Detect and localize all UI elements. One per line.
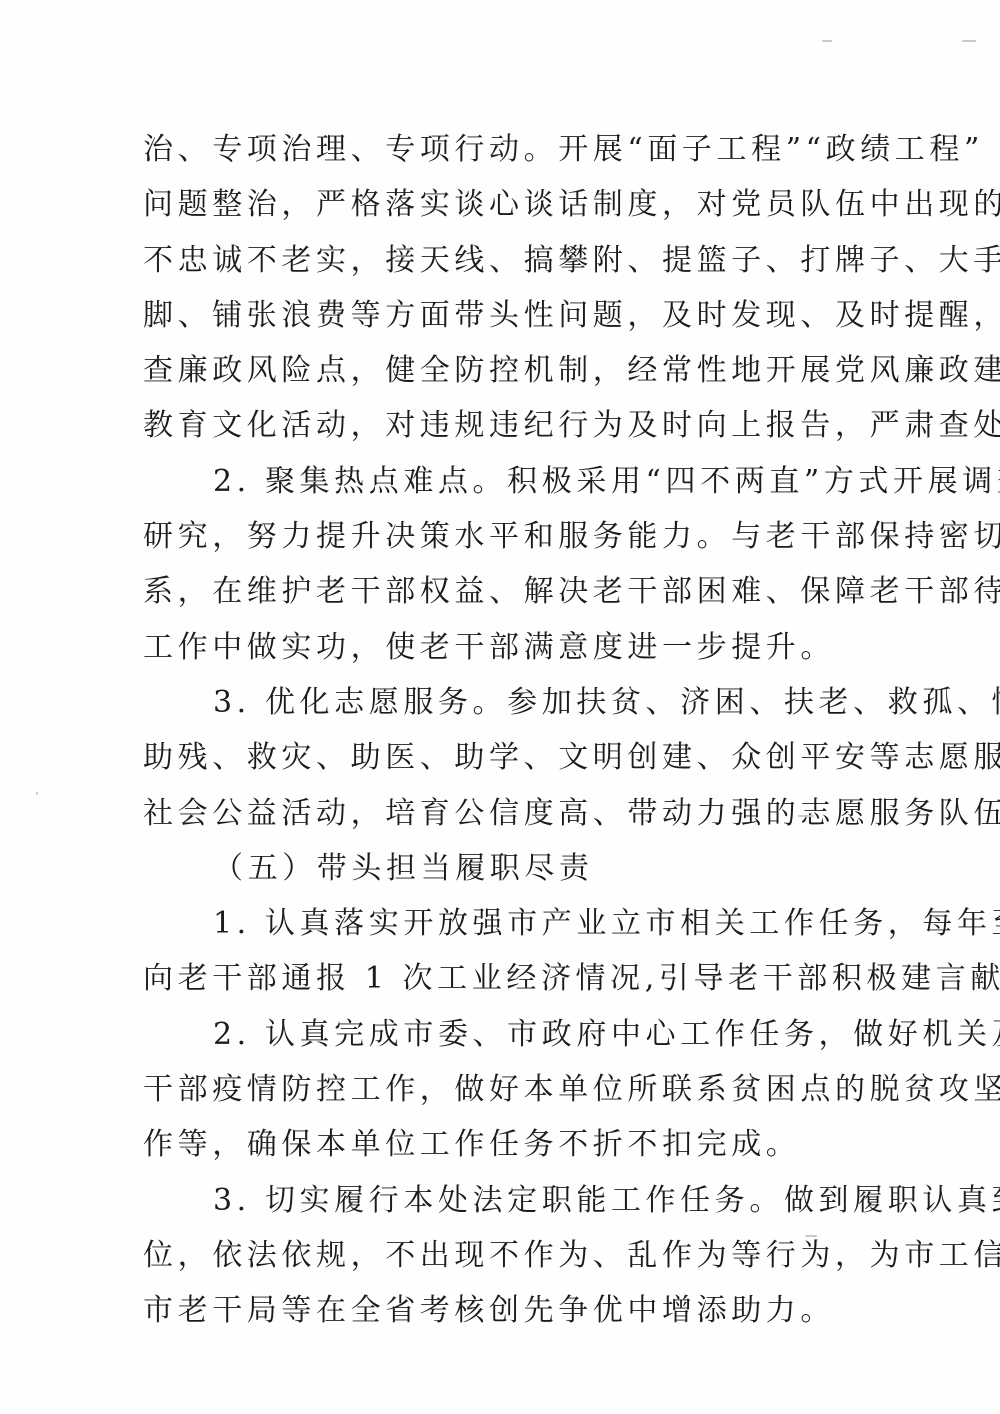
scan-speck [805,1235,817,1237]
scan-speck [798,815,814,817]
text-line: 系，在维护老干部权益、解决老干部困难、保障老干部待遇 [143,564,843,619]
text-line: 脚、铺张浪费等方面带头性问题，及时发现、及时提醒，排 [143,288,843,343]
paragraph-start-line: 1. 认真落实开放强市产业立市相关工作任务，每年至少 [143,896,843,951]
document-page: 治、专项治理、专项行动。开展“面子工程”“政绩工程” 问题整治，严格落实谈心谈话… [0,0,1000,1414]
text-line: 作等，确保本单位工作任务不折不扣完成。 [143,1117,843,1172]
paragraph-start-line: 3. 优化志愿服务。参加扶贫、济困、扶老、救孤、恤病、 [143,675,843,730]
scan-speck [822,40,832,42]
document-body: 治、专项治理、专项行动。开展“面子工程”“政绩工程” 问题整治，严格落实谈心谈话… [143,122,843,1339]
text-line: 社会公益活动，培育公信度高、带动力强的志愿服务队伍。 [143,786,843,841]
scan-speck [36,792,38,795]
text-line: 市老干局等在全省考核创先争优中增添助力。 [143,1283,843,1338]
text-line: 向老干部通报 1 次工业经济情况,引导老干部积极建言献策。 [143,951,843,1006]
text-line: 助残、救灾、助医、助学、文明创建、众创平安等志愿服务、 [143,730,843,785]
text-line: 不忠诚不老实，接天线、搞攀附、提篮子、打牌子、大手大 [143,233,843,288]
text-line: 查廉政风险点，健全防控机制，经常性地开展党风廉政建设 [143,343,843,398]
section-heading: （五）带头担当履职尽责 [143,841,843,896]
text-line: 治、专项治理、专项行动。开展“面子工程”“政绩工程” [143,122,843,177]
text-line: 位，依法依规，不出现不作为、乱作为等行为，为市工信局、 [143,1228,843,1283]
paragraph-start-line: 2. 认真完成市委、市政府中心工作任务，做好机关及老 [143,1007,843,1062]
text-line: 问题整治，严格落实谈心谈话制度，对党员队伍中出现的党 [143,177,843,232]
scan-speck [962,40,976,42]
paragraph-start-line: 3. 切实履行本处法定职能工作任务。做到履职认真到 [143,1173,843,1228]
text-line: 工作中做实功，使老干部满意度进一步提升。 [143,620,843,675]
text-line: 教育文化活动，对违规违纪行为及时向上报告，严肃查处。 [143,398,843,453]
text-line: 干部疫情防控工作，做好本单位所联系贫困点的脱贫攻坚工 [143,1062,843,1117]
text-line: 研究，努力提升决策水平和服务能力。与老干部保持密切联 [143,509,843,564]
paragraph-start-line: 2. 聚集热点难点。积极采用“四不两直”方式开展调查 [143,454,843,509]
